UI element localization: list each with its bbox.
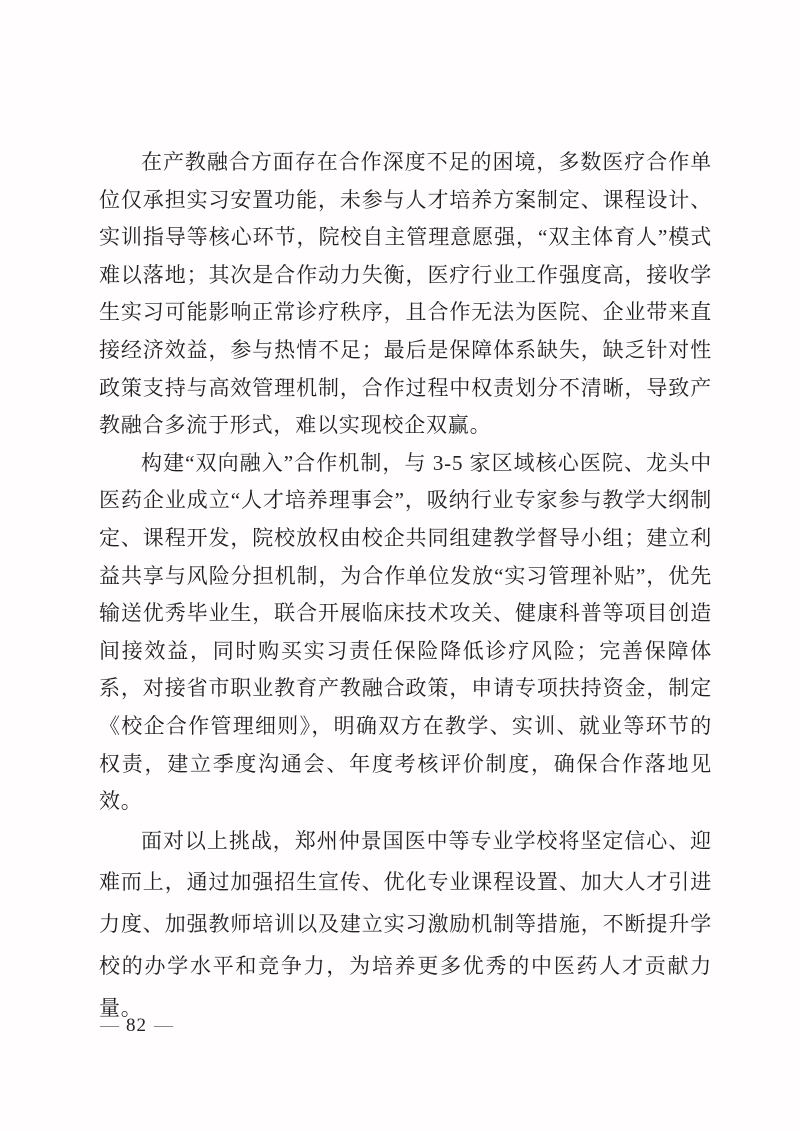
page-footer: — 82 — bbox=[100, 1013, 173, 1039]
footer-dash-left: — bbox=[100, 1013, 119, 1039]
paragraph-challenges: 在产教融合方面存在合作深度不足的困境，多数医疗合作单位仅承担实习安置功能，未参与… bbox=[99, 144, 712, 445]
paragraph-conclusion: 面对以上挑战，郑州仲景国医中等专业学校将坚定信心、迎难而上，通过加强招生宣传、优… bbox=[99, 821, 712, 1030]
paragraph-cooperation-mechanism: 构建“双向融入”合作机制，与 3-5 家区域核心医院、龙头中医药企业成立“人才培… bbox=[99, 445, 712, 821]
page-number: 82 bbox=[126, 1013, 147, 1039]
document-page: 在产教融合方面存在合作深度不足的困境，多数医疗合作单位仅承担实习安置功能，未参与… bbox=[0, 0, 800, 1131]
page-body: 在产教融合方面存在合作深度不足的困境，多数医疗合作单位仅承担实习安置功能，未参与… bbox=[99, 144, 712, 1030]
footer-dash-right: — bbox=[154, 1013, 173, 1039]
